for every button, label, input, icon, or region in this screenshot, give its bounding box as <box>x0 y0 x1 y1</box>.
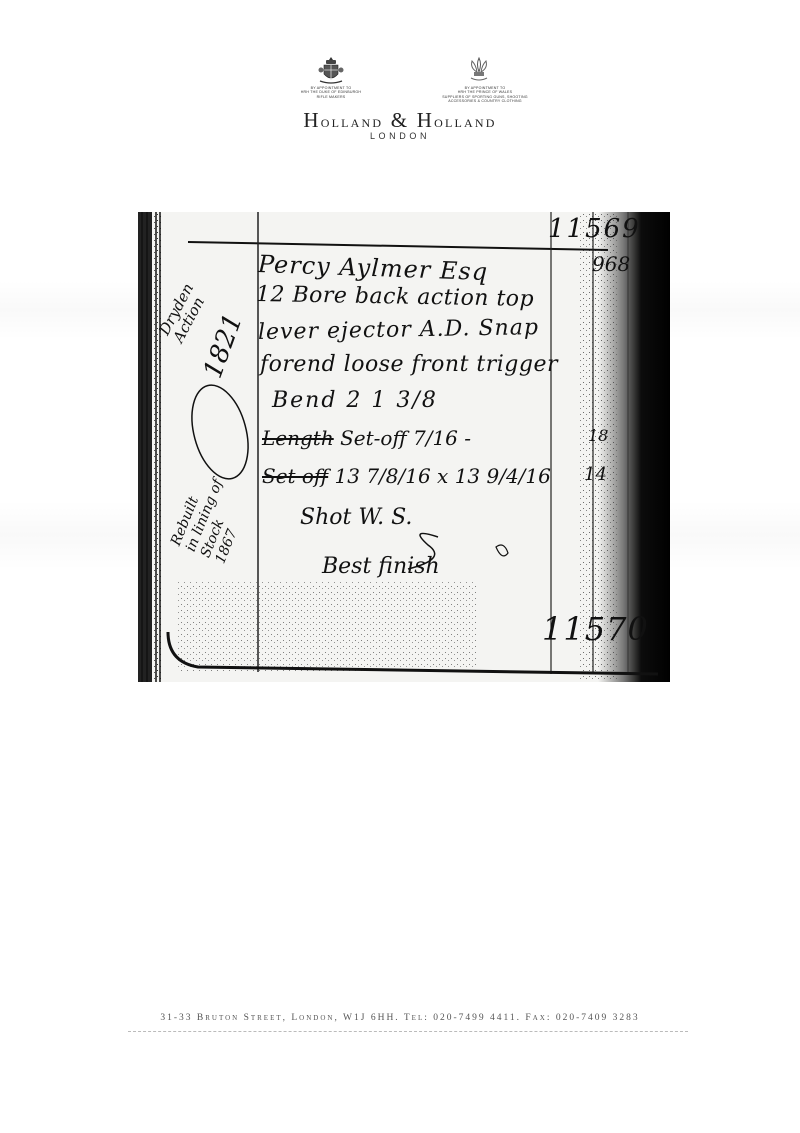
serial-number-bottom: 11570 <box>542 610 649 648</box>
column-note-968: 968 <box>592 252 630 276</box>
entry-length: Length Set-off 7/16 - <box>262 426 471 450</box>
column-note-14: 14 <box>584 464 607 485</box>
footer-rule <box>128 1031 688 1032</box>
entry-forend: forend loose front trigger <box>260 352 558 377</box>
royal-crest-icon <box>318 56 344 84</box>
serial-number-top: 11569 <box>548 214 641 244</box>
prince-of-wales-feathers-icon <box>466 56 492 84</box>
entry-setoff: Set off 13 7/8/16 x 13 9/4/16 <box>262 464 551 488</box>
warrant-prince-of-wales: By Appointment to HRH The Prince of Wale… <box>430 86 540 104</box>
letterhead: By Appointment to HRH The Duke of Edinbu… <box>0 0 800 150</box>
entry-ejector: lever ejector A.D. Snap <box>258 315 539 345</box>
entry-gun-type: 12 Bore back action top <box>256 282 535 312</box>
brand-name: Holland & Holland <box>0 108 800 133</box>
warrant-duke-of-edinburgh: By Appointment to HRH The Duke of Edinbu… <box>291 86 371 99</box>
entry-finish: Best finish <box>322 554 440 579</box>
column-note-18: 18 <box>588 426 608 445</box>
footer-address: 31-33 Bruton Street, London, W1J 6HH. Te… <box>0 1013 800 1023</box>
entry-bend: Bend 2 1 3/8 <box>272 388 438 413</box>
brand-city: LONDON <box>0 131 800 141</box>
entry-shot: Shot W. S. <box>300 505 412 530</box>
ledger-photocopy: 11569 Percy Aylmer Esq 12 Bore back acti… <box>138 212 670 682</box>
